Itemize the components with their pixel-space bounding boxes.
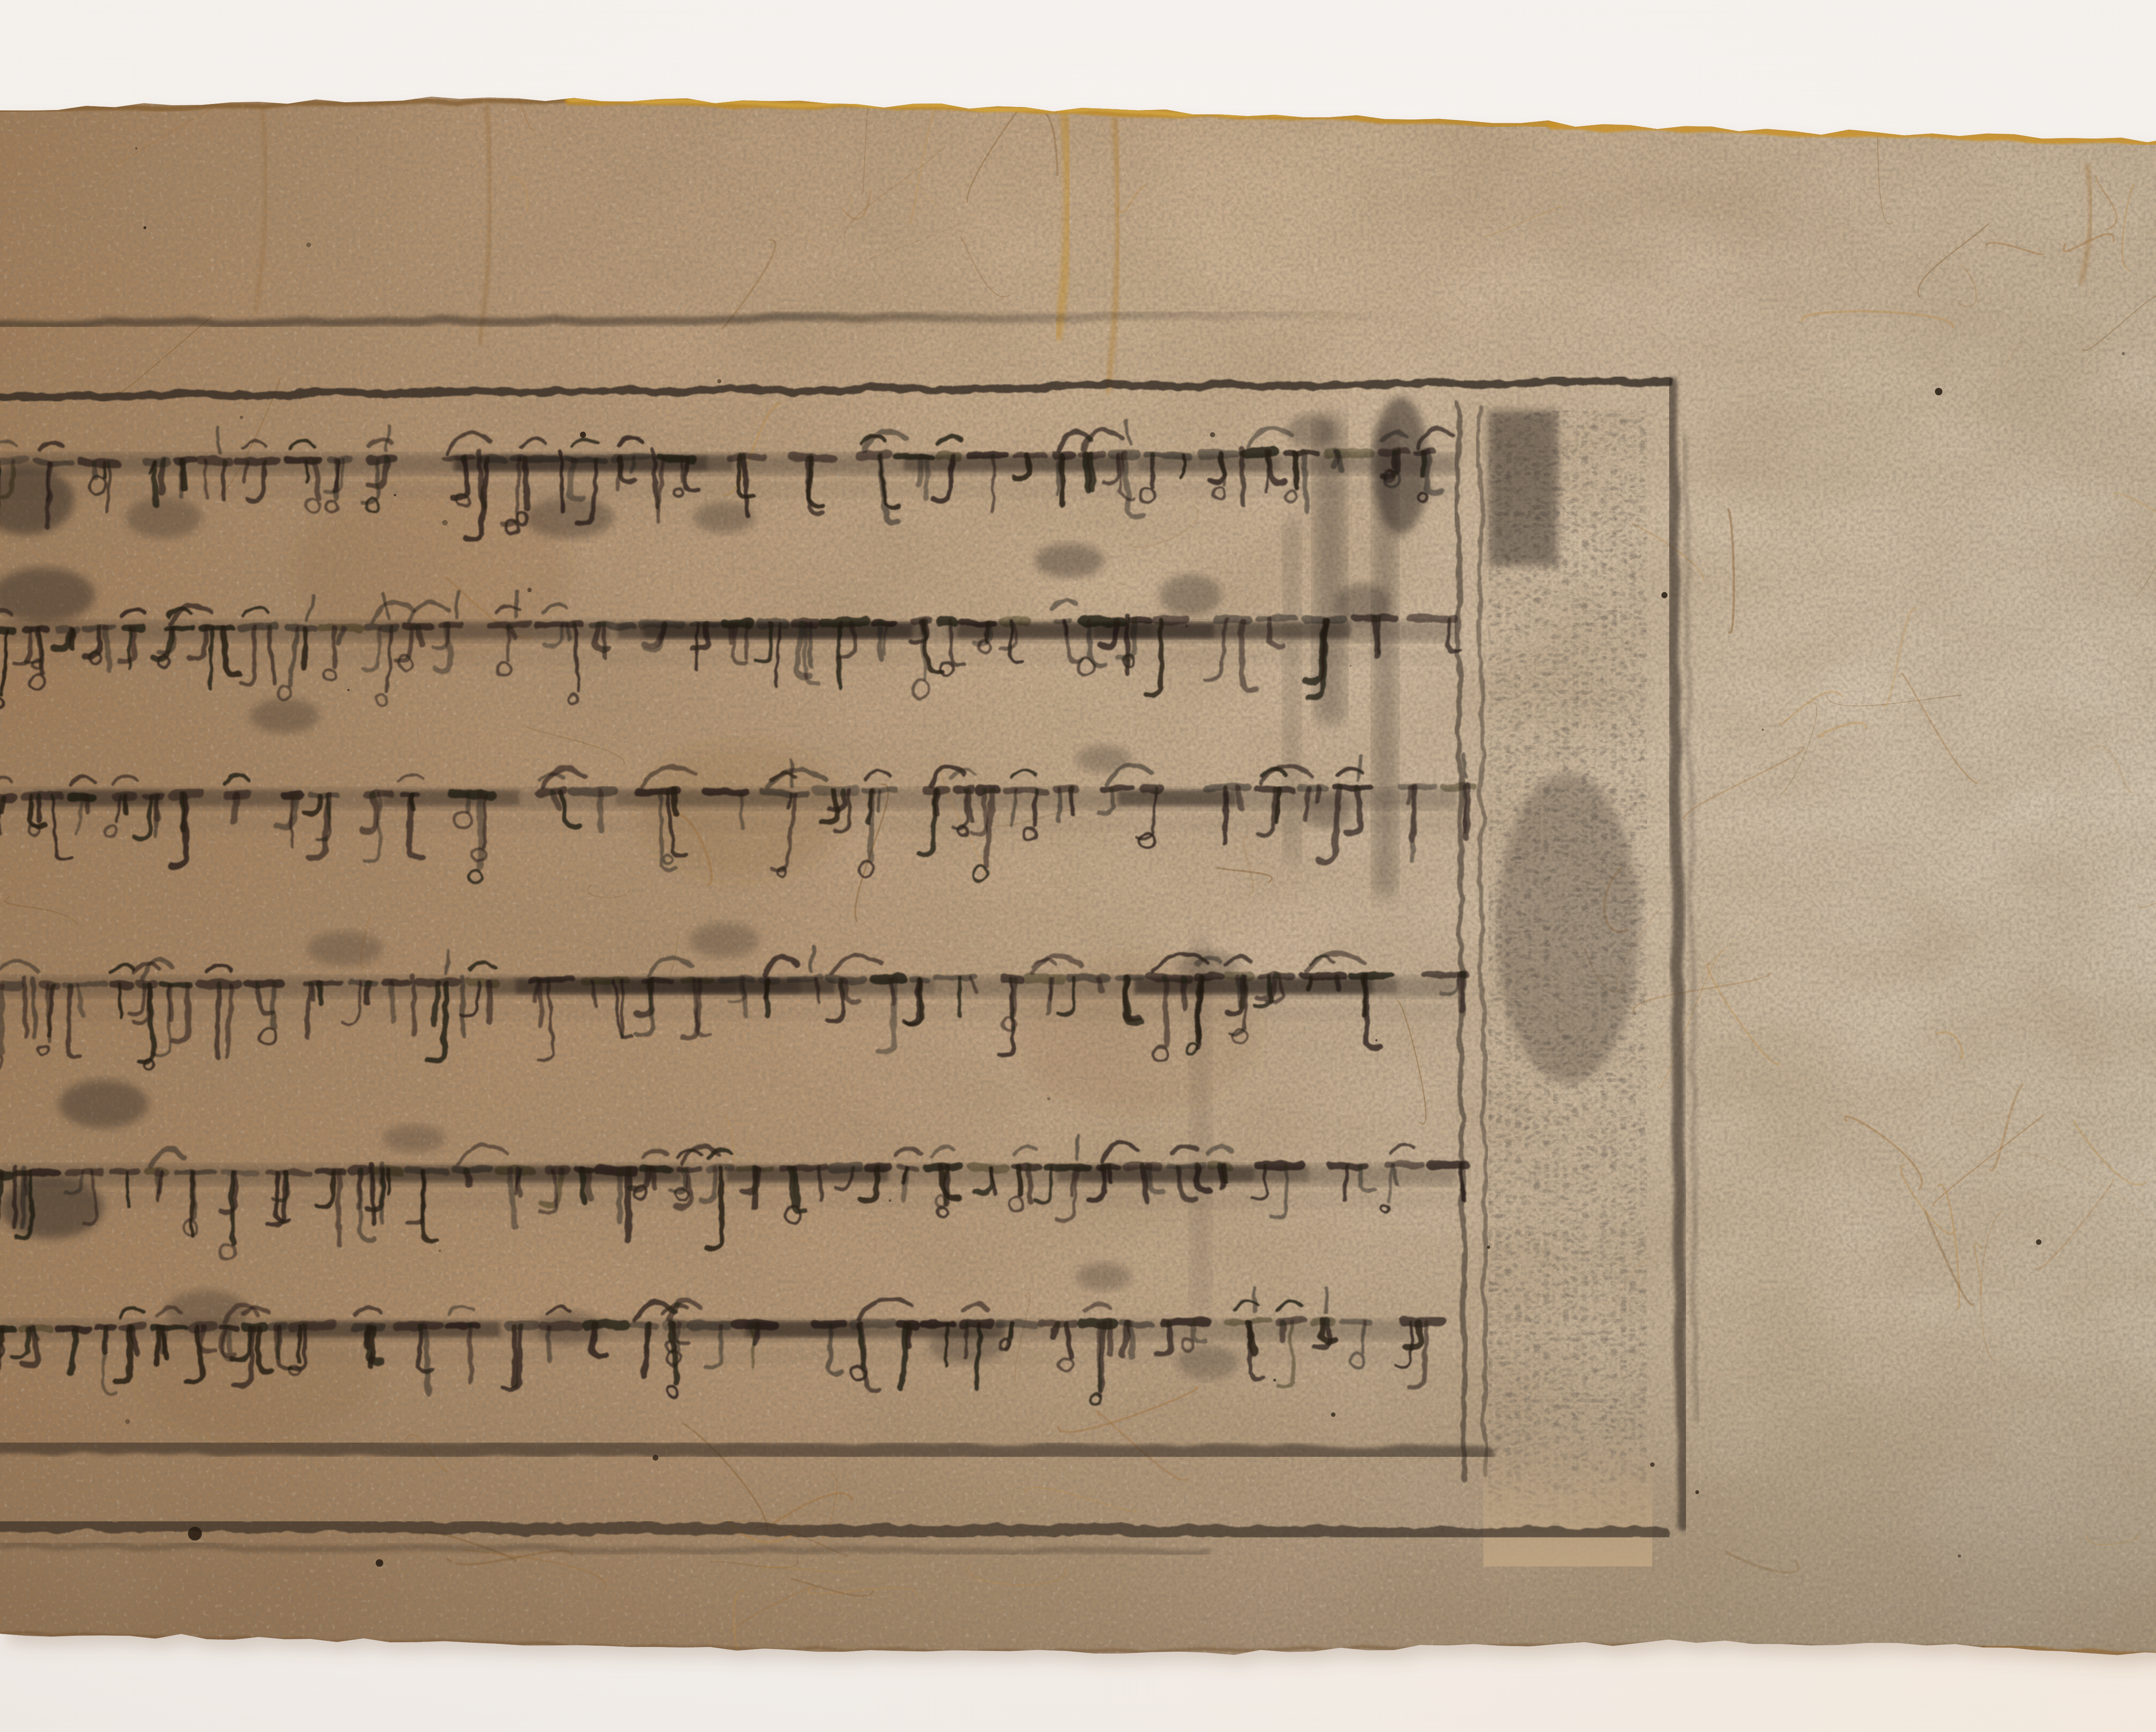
- photo-scene: [0, 0, 2156, 1732]
- manuscript-page: [0, 53, 2156, 1691]
- manuscript-photo: [0, 0, 2156, 1732]
